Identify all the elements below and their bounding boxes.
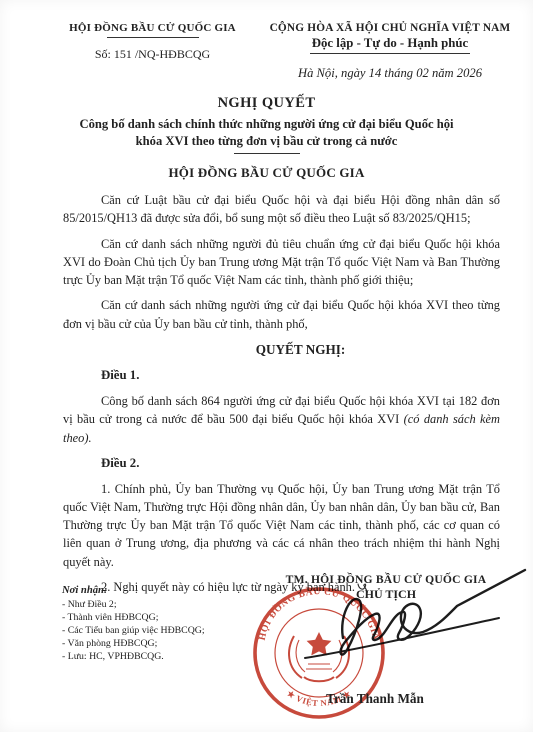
document-number: Số: 151 /NQ-HĐBCQG: [40, 47, 265, 62]
issuing-body-block: HỘI ĐỒNG BẦU CỬ QUỐC GIA Số: 151 /NQ-HĐB…: [40, 22, 265, 81]
preamble-paragraph: Căn cứ danh sách những người ứng cử đại …: [63, 296, 500, 332]
issuing-body-underline: [107, 37, 199, 38]
national-header-block: CỘNG HÒA XÃ HỘI CHỦ NGHĨA VIỆT NAM Độc l…: [265, 22, 515, 81]
document-header: HỘI ĐỒNG BẦU CỬ QUỐC GIA Số: 151 /NQ-HĐB…: [0, 0, 533, 81]
handwritten-signature: [285, 556, 533, 681]
recipient-item: - Các Tiểu ban giúp việc HĐBCQG;: [62, 625, 205, 638]
scanned-document-page: HỘI ĐỒNG BẦU CỬ QUỐC GIA Số: 151 /NQ-HĐB…: [0, 0, 533, 732]
issuing-body-name: HỘI ĐỒNG BẦU CỬ QUỐC GIA: [40, 22, 265, 34]
recipient-item: - Lưu: HC, VPHĐBCQG.: [62, 651, 205, 664]
recipient-item: - Như Điều 2;: [62, 599, 205, 612]
preamble-paragraph: Căn cứ danh sách những người đủ tiêu chu…: [63, 235, 500, 290]
recipient-item: - Văn phòng HĐBCQG;: [62, 638, 205, 651]
national-motto: Độc lập - Tự do - Hạnh phúc: [310, 36, 470, 54]
subject-underline: [234, 153, 300, 154]
country-name: CỘNG HÒA XÃ HỘI CHỦ NGHĨA VIỆT NAM: [265, 22, 515, 34]
article-2-heading: Điều 2.: [63, 454, 500, 473]
recipient-item: - Thành viên HĐBCQG;: [62, 612, 205, 625]
title-block: NGHỊ QUYẾT Công bố danh sách chính thức …: [0, 95, 533, 181]
recipients-label: Nơi nhận:: [62, 584, 205, 598]
recipients-block: Nơi nhận: - Như Điều 2; - Thành viên HĐB…: [62, 584, 205, 664]
preamble-paragraph: Căn cứ Luật bầu cử đại biểu Quốc hội và …: [63, 191, 500, 227]
article-1-body: Công bố danh sách 864 người ứng cử đại b…: [63, 392, 500, 447]
article-1-heading: Điều 1.: [63, 366, 500, 385]
document-body: Căn cứ Luật bầu cử đại biểu Quốc hội và …: [63, 191, 500, 596]
document-type: NGHỊ QUYẾT: [0, 95, 533, 112]
resolve-heading: QUYẾT NGHỊ:: [63, 340, 500, 359]
place-and-date: Hà Nội, ngày 14 tháng 02 năm 2026: [265, 66, 515, 81]
document-subject: Công bố danh sách chính thức những người…: [0, 116, 533, 149]
issuer-heading: HỘI ĐỒNG BẦU CỬ QUỐC GIA: [0, 165, 533, 181]
subject-line-2: khóa XVI theo từng đơn vị bầu cử trong c…: [0, 133, 533, 150]
subject-line-1: Công bố danh sách chính thức những người…: [0, 116, 533, 133]
signer-name: Trần Thanh Mẫn: [272, 691, 478, 707]
